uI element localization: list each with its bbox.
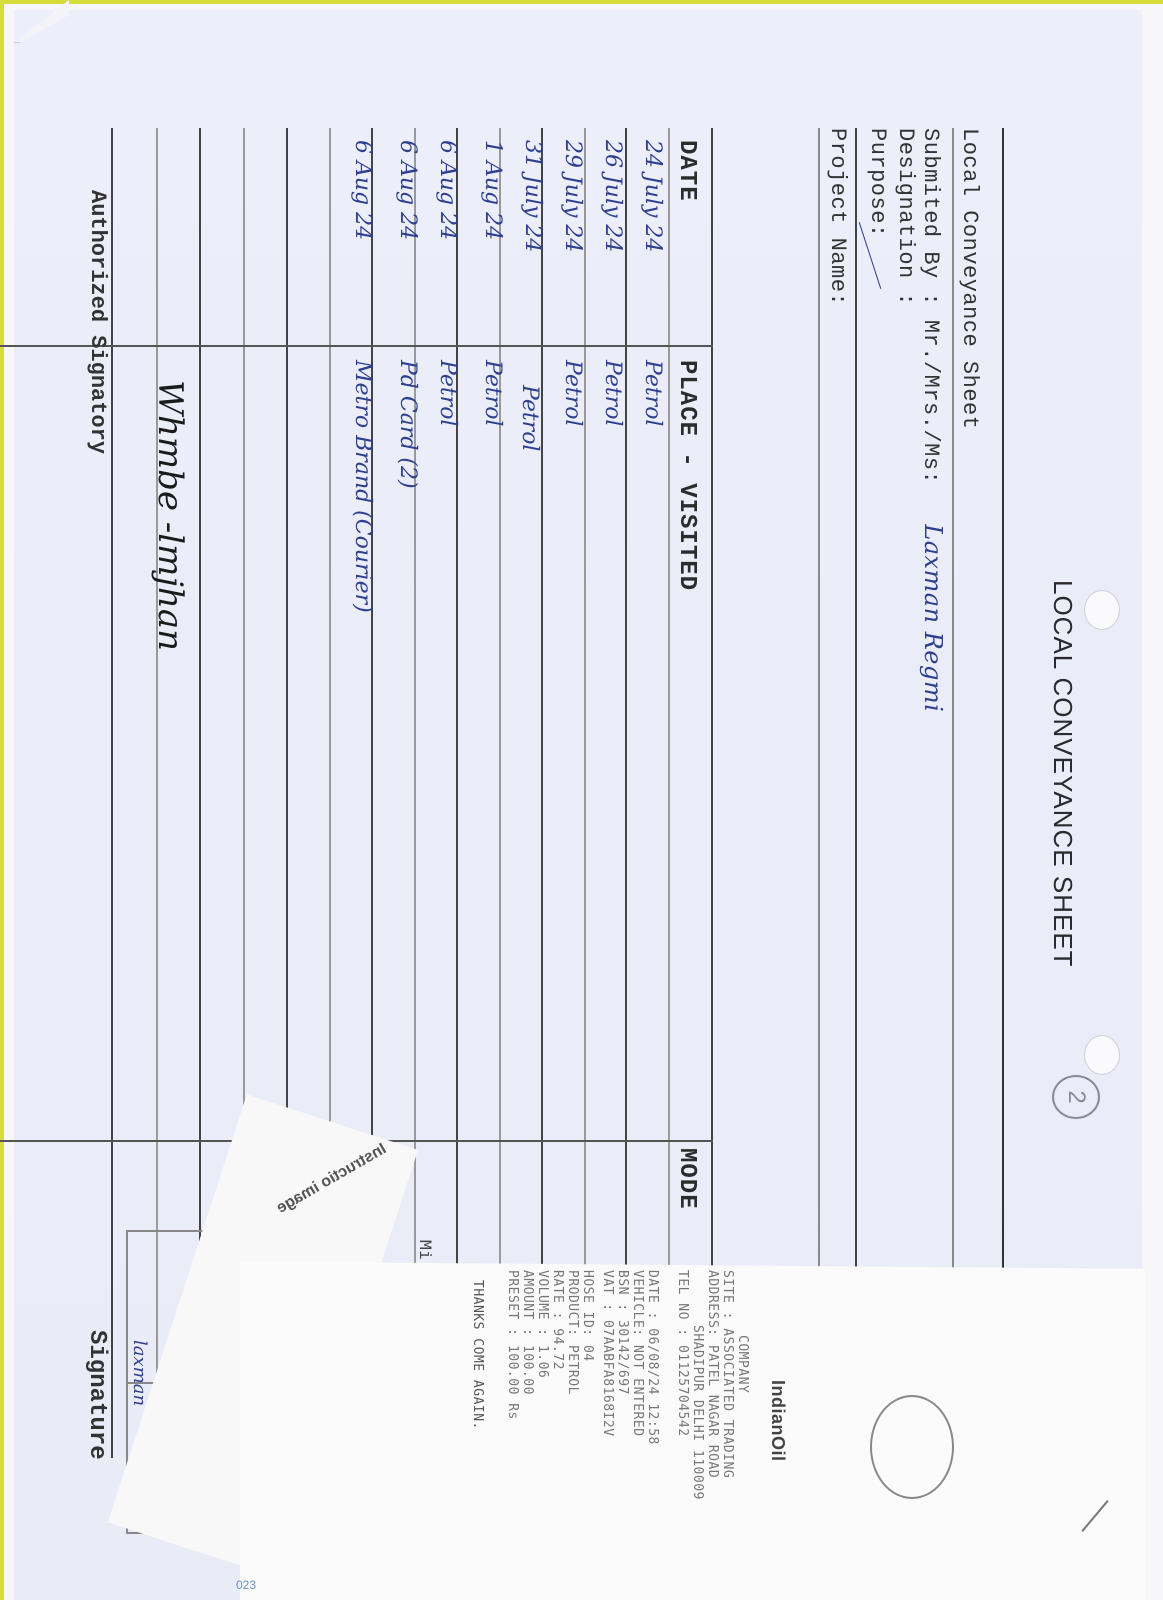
- place-cell: Petrol: [435, 360, 460, 426]
- signature-handwritten: laxman: [129, 1340, 150, 1406]
- date-cell: 31 July 24: [520, 140, 545, 252]
- place-cell: Petrol: [517, 385, 542, 451]
- receipt-volume: VOLUME : 1.06: [535, 1270, 550, 1378]
- date-cell: 29 July 24: [560, 140, 585, 252]
- page-number-circle: 2: [1052, 1075, 1100, 1119]
- column-header-place: PLACE - VISITED: [673, 360, 700, 591]
- column-header-mode: MODE: [673, 1148, 700, 1210]
- place-cell: Pd Card (2): [395, 360, 420, 489]
- submitted-by-field: Submited By : Mr./Mrs./Ms:Laxman Regmi: [918, 128, 947, 1428]
- receipt-date: DATE : 06/08/24 12:58: [645, 1270, 660, 1445]
- date-cell: 6 Aug 24: [395, 140, 420, 240]
- receipt-vehicle: VEHICLE: NOT ENTERED: [630, 1270, 645, 1437]
- receipt-preset: PRESET : 100.00 Rs: [505, 1270, 520, 1420]
- row-line: [111, 128, 113, 1458]
- submitted-by-value: Laxman Regmi: [919, 524, 947, 712]
- divider: [952, 128, 954, 1428]
- signature-label: Signature: [83, 1330, 110, 1460]
- receipt-company: COMPANY: [735, 1335, 750, 1393]
- date-cell: 24 July 24: [640, 140, 665, 252]
- column-header-date: DATE: [673, 140, 700, 202]
- authorized-signatory-label: Authorized Signatory: [85, 190, 110, 454]
- place-cell: Petrol: [640, 360, 665, 426]
- receipt-amount: AMOUNT : 100.00: [520, 1270, 535, 1395]
- date-cell: 6 Aug 24: [350, 140, 375, 240]
- punch-hole: [1084, 590, 1120, 630]
- authorized-signature: Whmbe -lmjhan: [150, 380, 190, 651]
- place-cell: Petrol: [560, 360, 585, 426]
- punch-hole: [1084, 1035, 1120, 1075]
- date-cell: 6 Aug 24: [435, 140, 460, 240]
- receipt-rate: RATE : 94.72: [550, 1270, 565, 1370]
- submitted-by-label: Submited By : Mr./Mrs./Ms:: [918, 128, 943, 484]
- form-heading: Local Conveyance Sheet: [957, 128, 982, 1428]
- place-cell: Metro Brand (Courier): [350, 360, 375, 613]
- project-name-label: Project Name:: [825, 128, 850, 728]
- place-cell: Petrol: [600, 360, 625, 426]
- receipt-vat: VAT : 07AABFA8168I2V: [600, 1270, 615, 1437]
- receipt-address-2: SHADIPUR DELHI 110009: [690, 1325, 705, 1500]
- receipt-partial-text: Mi: [416, 1240, 435, 1260]
- purpose-label: Purpose:: [865, 128, 890, 1428]
- place-cell: Petrol: [480, 360, 505, 426]
- receipt-footer: THANKS COME AGAIN.: [470, 1280, 485, 1430]
- receipt-tel: TEL NO : 01125704542: [675, 1270, 690, 1437]
- date-cell: 26 July 24: [600, 140, 625, 252]
- form-header: Local Conveyance Sheet Submited By : Mr.…: [855, 128, 1004, 1428]
- page-title: LOCAL CONVEYANCE SHEET: [1047, 580, 1078, 968]
- receipt-site: SITE : ASSOCIATED TRADING: [720, 1270, 735, 1478]
- receipt-content: IndianOil SITE : ASSOCIATED TRADING COMP…: [240, 1240, 1140, 1600]
- receipt-product: PRODUCT: PETROL: [565, 1270, 580, 1395]
- date-cell: 1 Aug 24: [480, 140, 505, 240]
- designation-label: Designation :: [893, 128, 918, 1428]
- receipt-hose-id: HOSE ID: 04: [580, 1270, 595, 1362]
- receipt-address-1: ADDRESS: PATEL NAGAR ROAD: [705, 1270, 720, 1478]
- receipt-bsn: BSN : 30142/697: [615, 1270, 630, 1395]
- receipt-brand: IndianOil: [767, 1380, 788, 1462]
